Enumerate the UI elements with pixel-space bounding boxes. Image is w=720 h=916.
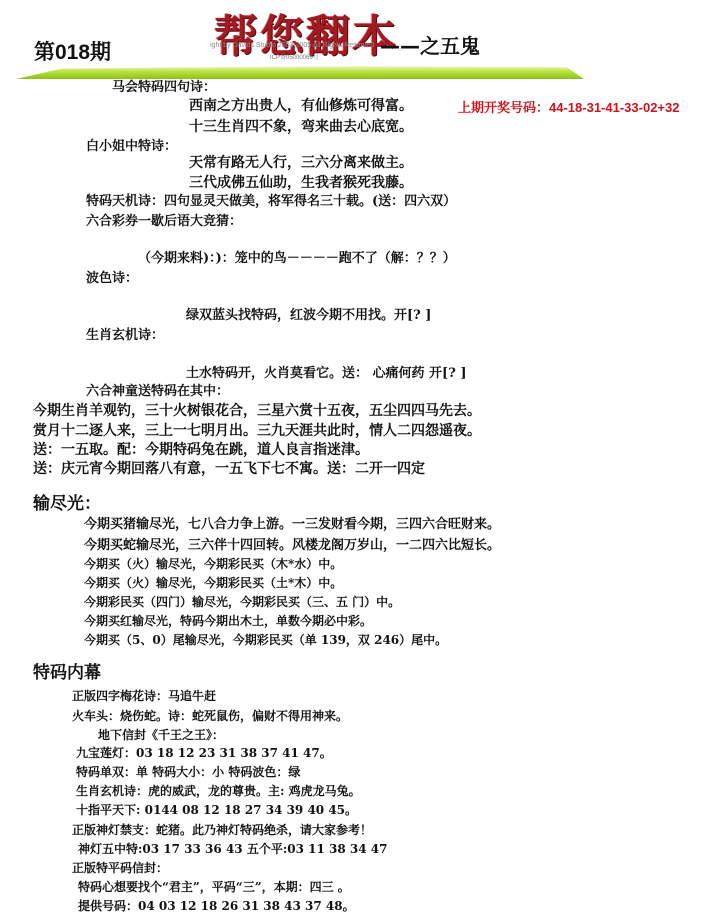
- shentong-line: 送：庆元宵今期回落八有意，一五飞下七不寓。送：二开一四定: [33, 460, 425, 478]
- previous-draw: 上期开奖号码：44-18-31-41-33-02+32: [458, 97, 679, 116]
- mahui-poem-line: 十三生肖四不象，弯来曲去心底宽。: [189, 118, 413, 136]
- dixia-title: 地下信封《千王之王》：: [98, 728, 224, 743]
- neimu-heading: 特码内幕: [33, 658, 101, 683]
- shujinguang-line: 今期买红输尽光，特码今期出木土，单数今期必中彩。: [84, 614, 372, 629]
- mahui-poem-line: 西南之方出贵人，有仙修炼可得富。: [189, 97, 413, 115]
- shizhi-line: 十指平天下: 0144 08 12 18 27 34 39 40 45。: [76, 803, 357, 818]
- tigong-line: 提供号码：04 03 12 18 26 31 38 43 37 48。: [78, 899, 355, 914]
- previous-draw-label: 上期开奖号码：: [458, 100, 549, 115]
- bai-poem-line: 三代成佛五仙助，生我者猴死我藤。: [189, 174, 413, 192]
- icp-text: ICP备05000066号: [270, 52, 319, 61]
- copyright-text: ight by Davids Studio 2003-2005 All Righ…: [210, 42, 374, 49]
- previous-draw-numbers: 44-18-31-41-33-02+32: [549, 100, 679, 115]
- header-green-bar: [16, 66, 584, 79]
- shujinguang-line: 今期买蛇输尽光，三六伴十四回转。风楼龙阁万岁山，一二四六比短长。: [84, 538, 500, 554]
- bai-poem-title: 白小姐中特诗：: [86, 139, 177, 155]
- shendeng-jin-line: 正版神灯禁支：蛇猪。此乃神灯特码绝杀，请大家参考！: [72, 823, 372, 838]
- shengxiao-poem-line: 土水特码开，火肖莫看它。送： 心痛何药 开[? ]: [186, 366, 467, 382]
- tianji-poem: 特码天机诗：四句显灵天做美，将军得名三十载。(送：四六双）: [86, 194, 456, 210]
- meihua-poem: 正版四字梅花诗：马追牛赶: [72, 689, 216, 704]
- shujinguang-line: 今期彩民买（四门）输尽光，今期彩民买（三、五 门）中。: [84, 595, 400, 610]
- mahui-poem-title: 马会特码四句诗：: [112, 80, 216, 96]
- xinfeng-title: 正版特平码信封：: [72, 861, 168, 876]
- xiehouyu-title: 六合彩券一歇后语大竞猜：: [86, 214, 242, 230]
- shentong-line: 送：一五取。配：今期特码兔在跳，道人良言指迷津。: [33, 441, 369, 459]
- shujinguang-line: 今期买（5、0）尾输尽光，今期彩民买（单 139，双 246）尾中。: [84, 633, 447, 648]
- xuanji-line: 生肖玄机诗：虎的威武，龙的尊贵。主: 鸡虎龙马兔。: [76, 784, 361, 799]
- shengxiao-poem-title: 生肖玄机诗：: [86, 328, 164, 344]
- bai-poem-line: 天常有路无人行，三六分离来做主。: [189, 154, 413, 172]
- shujinguang-line: 今期买（火）输尽光，今期彩民买（木*水）中。: [84, 557, 342, 572]
- danshuang-line: 特码单双：单 特码大小：小 特码波色：绿: [76, 765, 300, 780]
- huochetou-line: 火车头：烧伤蛇。诗：蛇死鼠伤，偏财不得用神来。: [72, 709, 348, 724]
- jiubao-line: 九宝莲灯：03 18 12 23 31 38 37 41 47。: [76, 746, 332, 761]
- xiehouyu-line: （今期来料)：)：笼中的鸟－－－－跑不了（解：？？）: [138, 251, 456, 267]
- shendeng-wu-line: 神灯五中特:03 17 33 36 43 五个平:03 11 38 34 47: [78, 842, 387, 857]
- bose-poem-line: 绿双蓝头找特码，红波今期不用找。开[? ]: [186, 308, 431, 324]
- bose-poem-title: 波色诗：: [86, 271, 138, 287]
- shujinguang-line: 今期买（火）输尽光，今期彩民买（土*木）中。: [84, 576, 342, 591]
- shujinguang-line: 今期买猪输尽光，七八合力争上游。一三发财看今期，三四六合旺财来。: [84, 517, 500, 533]
- shentong-title: 六合神童送特码在其中：: [86, 384, 229, 400]
- shujinguang-heading: 输尽光：: [33, 489, 101, 514]
- shentong-line: 赏月十二逐人来，三上一七明月出。三九天涯共此时，情人二四怨遥夜。: [33, 422, 481, 440]
- issue-number: 第018期: [34, 36, 111, 66]
- xinfeng-line: 特码心想要找个“君主”，平码“三”，本期：四三 。: [78, 880, 350, 895]
- page-subtitle: ——之五鬼: [380, 30, 480, 59]
- shentong-line: 今期生肖羊观钓，三十火树银花合，三星六赏十五夜，五尘四四马先去。: [33, 402, 481, 420]
